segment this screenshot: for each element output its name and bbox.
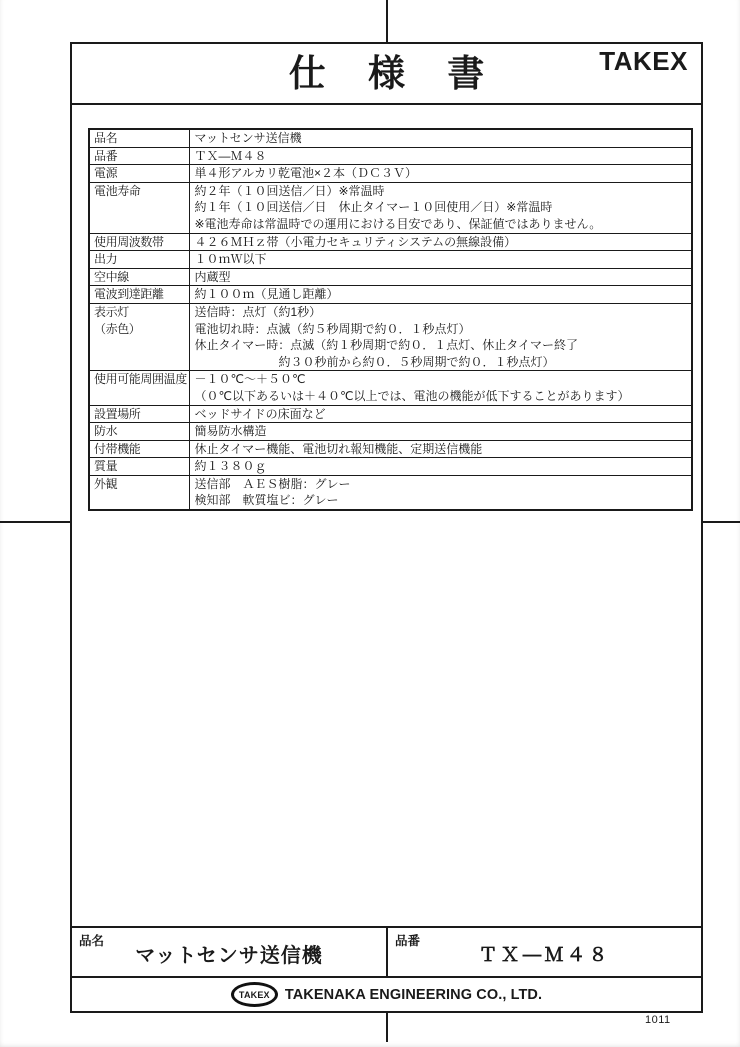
spec-label: 電源 xyxy=(89,165,189,183)
table-row: 空中線 内蔵型 xyxy=(89,268,692,286)
table-row: 付帯機能 休止タイマー機能、電池切れ報知機能、定期送信機能 xyxy=(89,440,692,458)
footer-title-block: 品名 マットセンサ送信機 品番 ＴＸ―Ｍ４８ TAKEX TAKENAKA EN… xyxy=(70,926,703,1013)
spec-table: 品名 マットセンサ送信機 品番 ＴＸ―Ｍ４８ 電源 単４形アルカリ乾電池×２本（… xyxy=(88,128,693,511)
register-mark-right xyxy=(703,521,740,523)
register-mark-bottom xyxy=(386,1013,388,1042)
title-bar: 仕 様 書 TAKEX xyxy=(72,44,701,105)
table-row: 設置場所 ベッドサイドの床面など xyxy=(89,405,692,423)
spec-value: 簡易防水構造 xyxy=(189,423,692,441)
table-row: 外観 送信部 ＡＥＳ樹脂：グレー 検知部 軟質塩ビ：グレー xyxy=(89,475,692,510)
spec-value: ４２６ＭＨｚ帯（小電力セキュリティシステムの無線設備） xyxy=(189,233,692,251)
footer-model-cell: 品番 ＴＸ―Ｍ４８ xyxy=(388,928,701,976)
spec-value: 約１００ｍ（見通し距離） xyxy=(189,286,692,304)
spec-label: 使用可能周囲温度 xyxy=(89,371,189,405)
footer-name-cell: 品名 マットセンサ送信機 xyxy=(72,928,388,976)
takex-oval-logo-icon: TAKEX xyxy=(231,982,278,1007)
spec-value: 約２年（１０回送信／日）※常温時 約１年（１０回送信／日 休止タイマー１０回使用… xyxy=(189,182,692,233)
spec-value: 送信時：点灯（約1秒） 電池切れ時：点滅（約５秒周期で約０．１秒点灯） 休止タイ… xyxy=(189,303,692,370)
table-row: 使用周波数帯 ４２６ＭＨｚ帯（小電力セキュリティシステムの無線設備） xyxy=(89,233,692,251)
spec-value: 内蔵型 xyxy=(189,268,692,286)
spec-value: 約１３８０ｇ xyxy=(189,458,692,476)
register-mark-top xyxy=(386,0,388,42)
footer-name-model-row: 品名 マットセンサ送信機 品番 ＴＸ―Ｍ４８ xyxy=(72,928,701,978)
spec-label: 出力 xyxy=(89,251,189,269)
spec-label: 品番 xyxy=(89,147,189,165)
spec-label: 電池寿命 xyxy=(89,182,189,233)
company-name: TAKENAKA ENGINEERING CO., LTD. xyxy=(285,987,542,1003)
spec-label: 品名 xyxy=(89,129,189,147)
table-row: 電波到達距離 約１００ｍ（見通し距離） xyxy=(89,286,692,304)
table-row: 表示灯 （赤色） 送信時：点灯（約1秒） 電池切れ時：点滅（約５秒周期で約０．１… xyxy=(89,303,692,370)
spec-label: 設置場所 xyxy=(89,405,189,423)
footer-model-value: ＴＸ―Ｍ４８ xyxy=(388,936,701,976)
spec-value: 休止タイマー機能、電池切れ報知機能、定期送信機能 xyxy=(189,440,692,458)
document-frame: 仕 様 書 TAKEX 品名 マットセンサ送信機 品番 ＴＸ―Ｍ４８ 電源 単４… xyxy=(70,42,703,1013)
table-row: 防水 簡易防水構造 xyxy=(89,423,692,441)
spec-sheet-page: 仕 様 書 TAKEX 品名 マットセンサ送信機 品番 ＴＸ―Ｍ４８ 電源 単４… xyxy=(0,0,740,1047)
spec-value: マットセンサ送信機 xyxy=(189,129,692,147)
spec-value: 送信部 ＡＥＳ樹脂：グレー 検知部 軟質塩ビ：グレー xyxy=(189,475,692,510)
page-number: 1011 xyxy=(645,1014,671,1026)
table-row: 品名 マットセンサ送信機 xyxy=(89,129,692,147)
spec-value: 単４形アルカリ乾電池×２本（ＤＣ３Ｖ） xyxy=(189,165,692,183)
spec-value: ＴＸ―Ｍ４８ xyxy=(189,147,692,165)
spec-label: 防水 xyxy=(89,423,189,441)
table-row: 電池寿命 約２年（１０回送信／日）※常温時 約１年（１０回送信／日 休止タイマー… xyxy=(89,182,692,233)
table-row: 使用可能周囲温度 －１０℃～＋５０℃ （０℃以下あるいは＋４０℃以上では、電池の… xyxy=(89,371,692,405)
spec-label: 付帯機能 xyxy=(89,440,189,458)
spec-label: 使用周波数帯 xyxy=(89,233,189,251)
spec-label: 電波到達距離 xyxy=(89,286,189,304)
spec-value: ベッドサイドの床面など xyxy=(189,405,692,423)
spec-label: 表示灯 （赤色） xyxy=(89,303,189,370)
register-mark-left xyxy=(0,521,70,523)
footer-name-value: マットセンサ送信機 xyxy=(72,936,386,976)
spec-value: １０ｍＷ以下 xyxy=(189,251,692,269)
table-row: 電源 単４形アルカリ乾電池×２本（ＤＣ３Ｖ） xyxy=(89,165,692,183)
footer-company-row: TAKEX TAKENAKA ENGINEERING CO., LTD. xyxy=(72,978,701,1011)
spec-label: 空中線 xyxy=(89,268,189,286)
spec-value: －１０℃～＋５０℃ （０℃以下あるいは＋４０℃以上では、電池の機能が低下すること… xyxy=(189,371,692,405)
spec-label: 外観 xyxy=(89,475,189,510)
table-row: 質量 約１３８０ｇ xyxy=(89,458,692,476)
takex-brand-logo: TAKEX xyxy=(599,46,688,77)
table-row: 出力 １０ｍＷ以下 xyxy=(89,251,692,269)
table-row: 品番 ＴＸ―Ｍ４８ xyxy=(89,147,692,165)
spec-label: 質量 xyxy=(89,458,189,476)
